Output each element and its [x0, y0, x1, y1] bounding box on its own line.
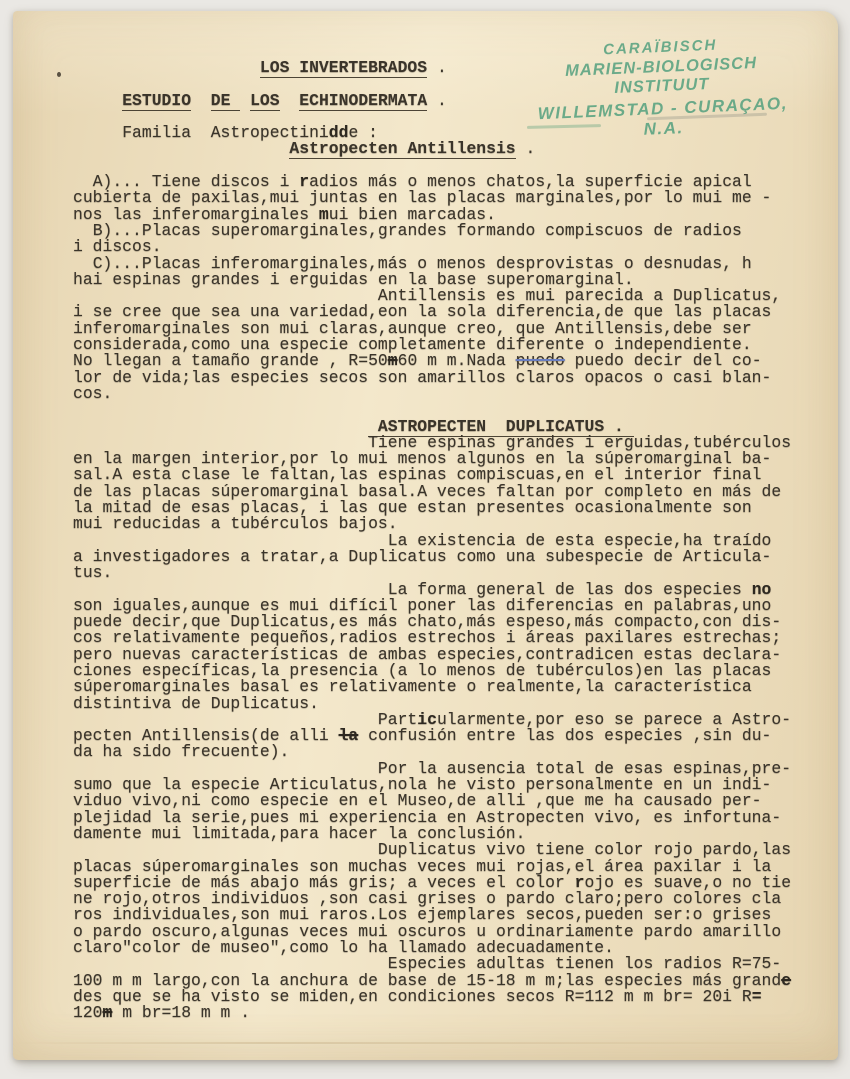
- text-line: Astropecten Antillensis .: [73, 141, 791, 157]
- typewritten-text: LOS INVERTEBRADOS . ESTUDIO DE LOS ECHIN…: [73, 60, 791, 1022]
- text-line: cos.: [73, 386, 791, 402]
- text-line: a investigadores a tratar,a Duplicatus c…: [73, 549, 791, 565]
- text-line: ESTUDIO DE LOS ECHINODERMATA .: [73, 93, 791, 109]
- text-line: 120m m br=18 m m .: [73, 1005, 791, 1021]
- text-line: B)...Placas superomarginales,grandes for…: [73, 223, 791, 239]
- text-line: LOS INVERTEBRADOS .: [73, 60, 791, 76]
- paper-sheet: CARAÏBISCH MARIEN-BIOLOGISCH INSTITUUT W…: [13, 11, 838, 1060]
- stray-ink-dot: [57, 72, 61, 77]
- paper-crease: [13, 1042, 838, 1044]
- text-line: lor de vida;las especies secos son amari…: [73, 370, 791, 386]
- scanned-document: CARAÏBISCH MARIEN-BIOLOGISCH INSTITUUT W…: [0, 0, 850, 1079]
